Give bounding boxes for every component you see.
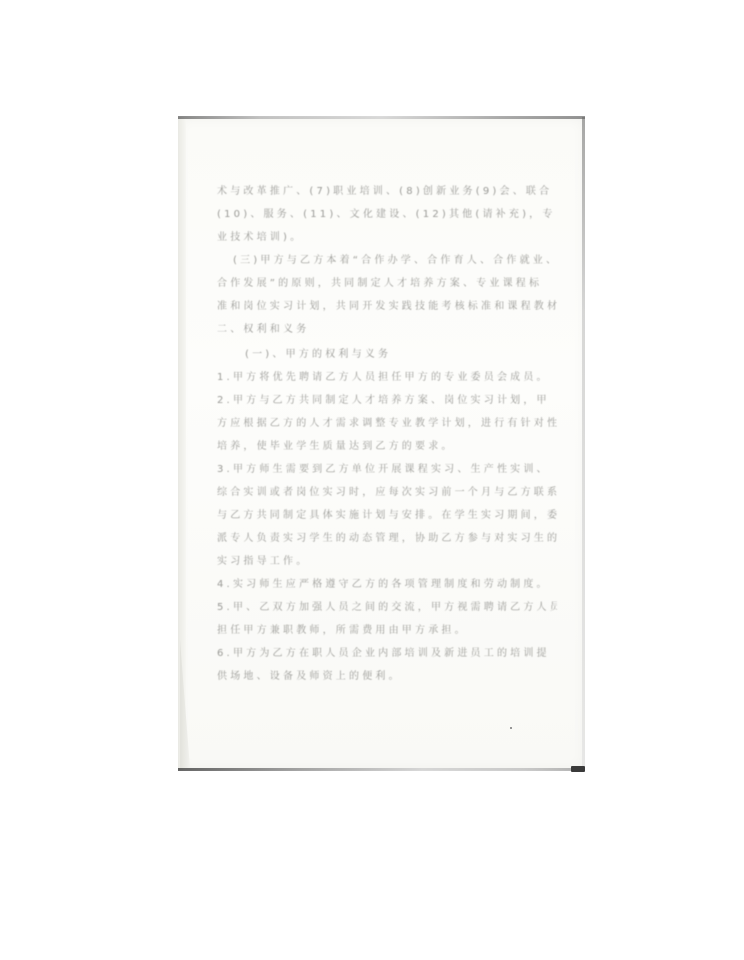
body-line: 准和岗位实习计划，共同开发实践技能考核标准和课程教材。 xyxy=(217,295,557,318)
paper-right-edge xyxy=(582,117,585,770)
list-item-2: 2.甲方与乙方共同制定人才培养方案、岗位实习计划，甲 xyxy=(217,389,557,412)
paper-top-edge xyxy=(178,116,585,119)
body-line: 实习指导工作。 xyxy=(217,550,557,573)
list-item-3: 3.甲方师生需要到乙方单位开展课程实习、生产性实训、 xyxy=(217,458,557,481)
body-line: (10)、服务、(11)、文化建设、(12)其他(请补充)，专 xyxy=(217,203,557,226)
clause-three: (三)甲方与乙方本着“合作办学、合作育人、合作就业、 xyxy=(217,249,557,272)
body-line: 方应根据乙方的人才需求调整专业教学计划，进行有针对性 xyxy=(217,412,557,435)
list-item-1: 1.甲方将优先聘请乙方人员担任甲方的专业委员会成员。 xyxy=(217,366,557,389)
list-item-5: 5.甲、乙双方加强人员之间的交流，甲方视需聘请乙方人员 xyxy=(217,596,557,619)
body-line: 供场地、设备及师资上的便利。 xyxy=(217,665,557,688)
body-line: 培养，使毕业学生质量达到乙方的要求。 xyxy=(217,435,557,458)
scanner-corner-mark xyxy=(571,766,585,772)
paper-bottom-edge xyxy=(178,768,585,771)
dust-speck xyxy=(510,727,512,729)
body-line: 与乙方共同制定具体实施计划与安排。在学生实习期间，委 xyxy=(217,504,557,527)
document-body: 术与改革推广、(7)职业培训、(8)创新业务(9)会、联合 (10)、服务、(1… xyxy=(217,180,557,688)
body-line: 术与改革推广、(7)职业培训、(8)创新业务(9)会、联合 xyxy=(217,180,557,203)
body-line: 派专人负责实习学生的动态管理，协助乙方参与对实习生的 xyxy=(217,527,557,550)
subsection-heading-party-a: (一)、甲方的权利与义务 xyxy=(217,343,557,366)
scan-canvas: 术与改革推广、(7)职业培训、(8)创新业务(9)会、联合 (10)、服务、(1… xyxy=(0,0,744,960)
section-heading-rights-duties: 二、权利和义务 xyxy=(217,318,557,341)
body-line: 担任甲方兼职教师，所需费用由甲方承担。 xyxy=(217,619,557,642)
body-line: 综合实训或者岗位实习时，应每次实习前一个月与乙方联系， xyxy=(217,481,557,504)
list-item-4: 4.实习师生应严格遵守乙方的各项管理制度和劳动制度。 xyxy=(217,573,557,596)
list-item-6: 6.甲方为乙方在职人员企业内部培训及新进员工的培训提 xyxy=(217,642,557,665)
body-line: 业技术培训)。 xyxy=(217,226,557,249)
body-line: 合作发展”的原则，共同制定人才培养方案、专业课程标 xyxy=(217,272,557,295)
